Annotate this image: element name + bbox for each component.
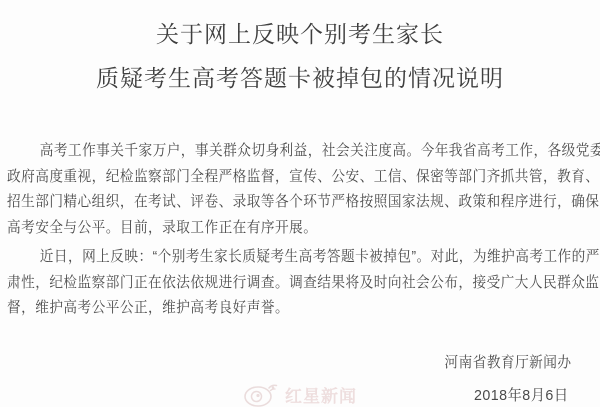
signature-date: 2018年8月6日 <box>474 384 569 405</box>
paragraph-1-line-2: 政府高度重视，纪检监察部门全程严格监督，宣传、公安、工信、保密等部门齐抓共管，教… <box>7 164 540 190</box>
signature-org: 河南省教育厅新闻办 <box>445 351 572 372</box>
paragraph-2-line-2: 肃性，纪检监察部门正在依法依规进行调查。调查结果将及时向社会公布，接受广大人民群… <box>7 270 540 296</box>
paragraph-2-line-3: 督，维护高考公平公正，维护高考良好声誉。 <box>7 295 540 321</box>
paragraph-1-line-4: 高考安全与公平。目前，录取工作正在有序开展。 <box>7 215 540 241</box>
document-title-line-1: 关于网上反映个别考生家长 <box>0 16 600 49</box>
watermark-text: 红星新闻 <box>285 382 357 407</box>
paragraph-1-line-1: 高考工作事关千家万户，事关群众切身利益，社会关注度高。今年我省高考工作，各级党委 <box>7 138 540 164</box>
document-title-line-2: 质疑考生高考答题卡被掉包的情况说明 <box>0 60 600 93</box>
watermark: 红星新闻 <box>243 381 357 407</box>
announcement-document: 关于网上反映个别考生家长 质疑考生高考答题卡被掉包的情况说明 高考工作事关千家万… <box>0 0 600 407</box>
paragraph-1-line-3: 招生部门精心组织，在考试、评卷、录取等各个环节严格按照国家法规、政策和程序进行，… <box>7 189 540 215</box>
weibo-logo-icon <box>243 381 281 407</box>
paragraph-2-line-1: 近日，网上反映：“个别考生家长质疑考生高考答题卡被掉包”。对此，为维护高考工作的… <box>7 244 540 270</box>
document-body: 高考工作事关千家万户，事关群众切身利益，社会关注度高。今年我省高考工作，各级党委… <box>7 138 593 321</box>
paragraph-1: 高考工作事关千家万户，事关群众切身利益，社会关注度高。今年我省高考工作，各级党委… <box>7 138 593 240</box>
paragraph-2: 近日，网上反映：“个别考生家长质疑考生高考答题卡被掉包”。对此，为维护高考工作的… <box>7 244 593 321</box>
